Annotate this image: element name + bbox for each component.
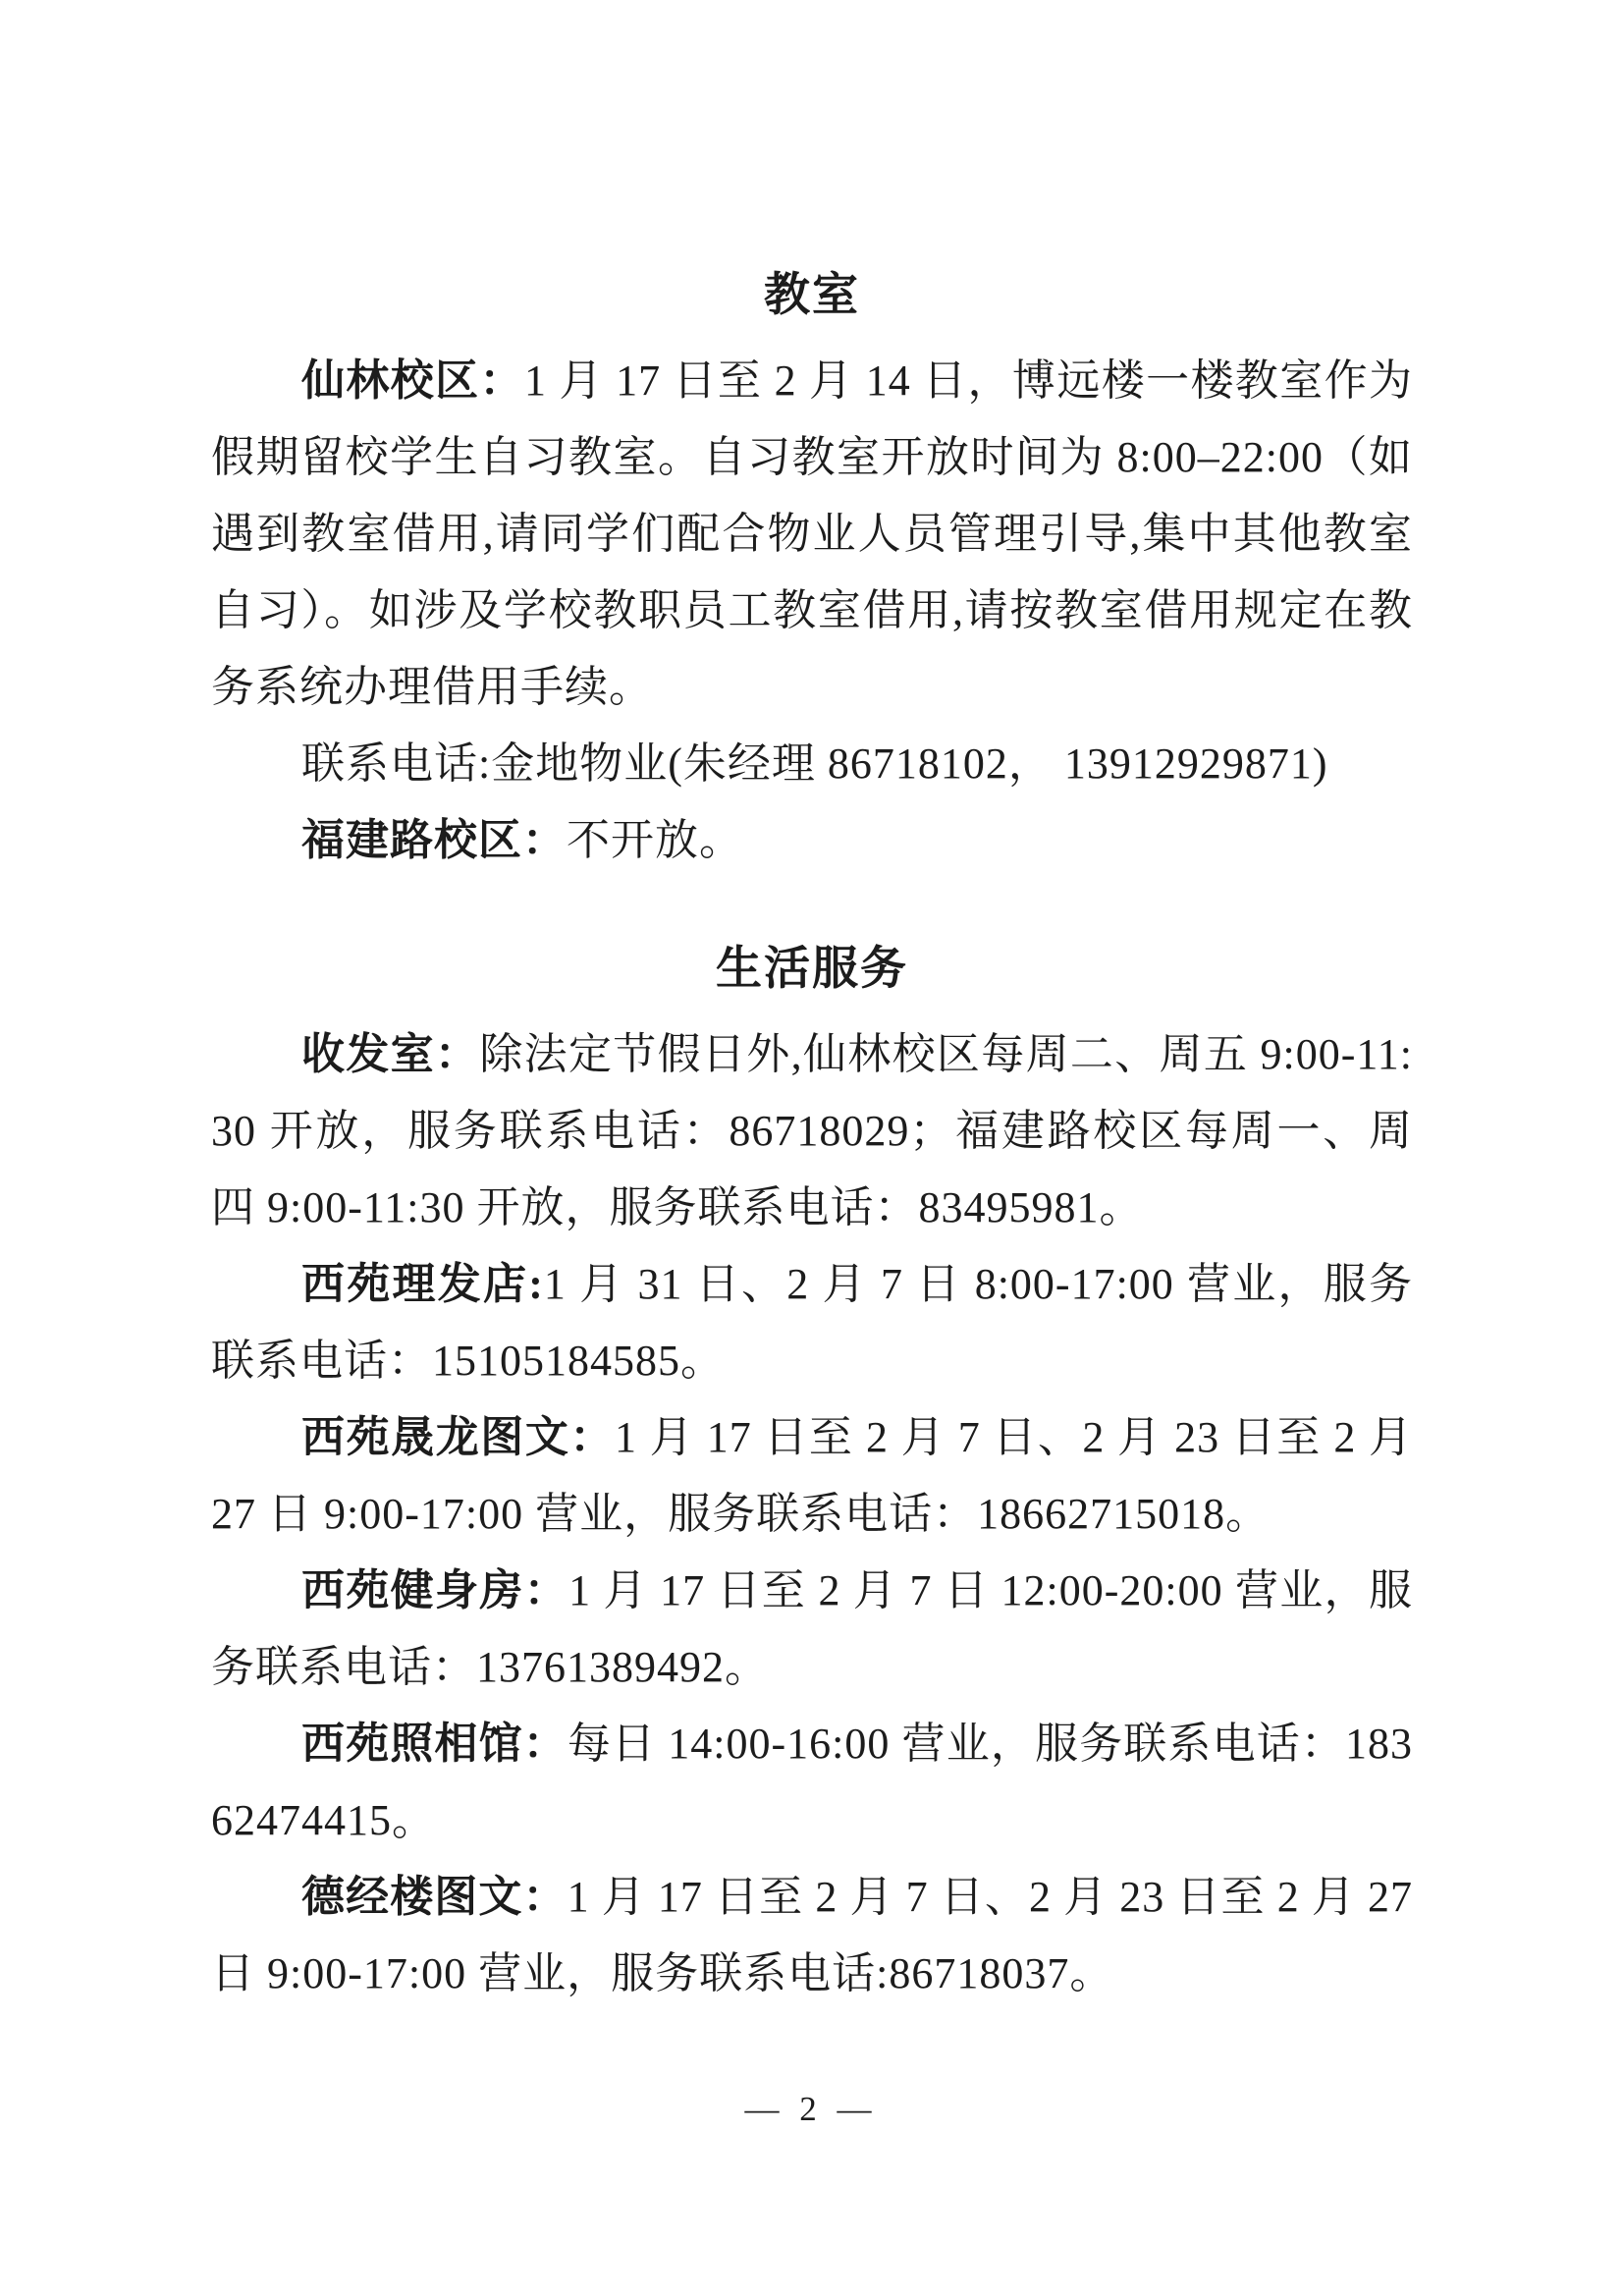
paragraph-lead: 西苑照相馆：	[301, 1720, 568, 1768]
section-title-life-services: 生活服务	[211, 930, 1413, 1007]
paragraph-xianlin-campus: 仙林校区：1 月 17 日至 2 月 14 日，博远楼一楼教室作为假期留校学生自…	[211, 343, 1413, 726]
paragraph-xiyuan-photo-studio: 西苑照相馆：每日 14:00-16:00 营业，服务联系电话：183624744…	[211, 1706, 1413, 1859]
paragraph-lead: 西苑晟龙图文：	[301, 1413, 615, 1461]
paragraph-text: 1 月 17 日至 2 月 14 日，博远楼一楼教室作为假期留校学生自习教室。自…	[211, 356, 1413, 711]
paragraph-lead: 收发室：	[301, 1030, 479, 1078]
paragraph-lead: 福建路校区：	[301, 816, 567, 864]
paragraph-contact-phone: 联系电话:金地物业(朱经理 86718102， 13912929871)	[211, 726, 1413, 802]
paragraph-lead: 德经楼图文：	[301, 1873, 568, 1921]
paragraph-lead: 仙林校区：	[301, 356, 524, 405]
paragraph-lead: 西苑理发店:	[301, 1260, 544, 1308]
page-number: — 2 —	[0, 2088, 1622, 2131]
paragraph-dejing-building-print: 德经楼图文：1 月 17 日至 2 月 7 日、2 月 23 日至 2 月 27…	[211, 1859, 1413, 2012]
paragraph-lead: 西苑健身房：	[301, 1566, 568, 1614]
paragraph-fujian-road-campus: 福建路校区：不开放。	[211, 802, 1413, 879]
document-page: 教室 仙林校区：1 月 17 日至 2 月 14 日，博远楼一楼教室作为假期留校…	[0, 0, 1622, 2296]
paragraph-xiyuan-barbershop: 西苑理发店:1 月 31 日、2 月 7 日 8:00-17:00 营业，服务联…	[211, 1246, 1413, 1399]
section-title-classroom: 教室	[211, 256, 1413, 333]
paragraph-xiyuan-gym: 西苑健身房：1 月 17 日至 2 月 7 日 12:00-20:00 营业，服…	[211, 1553, 1413, 1706]
paragraph-text: 联系电话:金地物业(朱经理 86718102， 13912929871)	[301, 739, 1328, 788]
paragraph-mail-room: 收发室：除法定节假日外,仙林校区每周二、周五 9:00-11:30 开放，服务联…	[211, 1016, 1413, 1246]
paragraph-text: 不开放。	[567, 816, 743, 864]
paragraph-xiyuan-shenglong-print: 西苑晟龙图文：1 月 17 日至 2 月 7 日、2 月 23 日至 2 月 2…	[211, 1399, 1413, 1553]
